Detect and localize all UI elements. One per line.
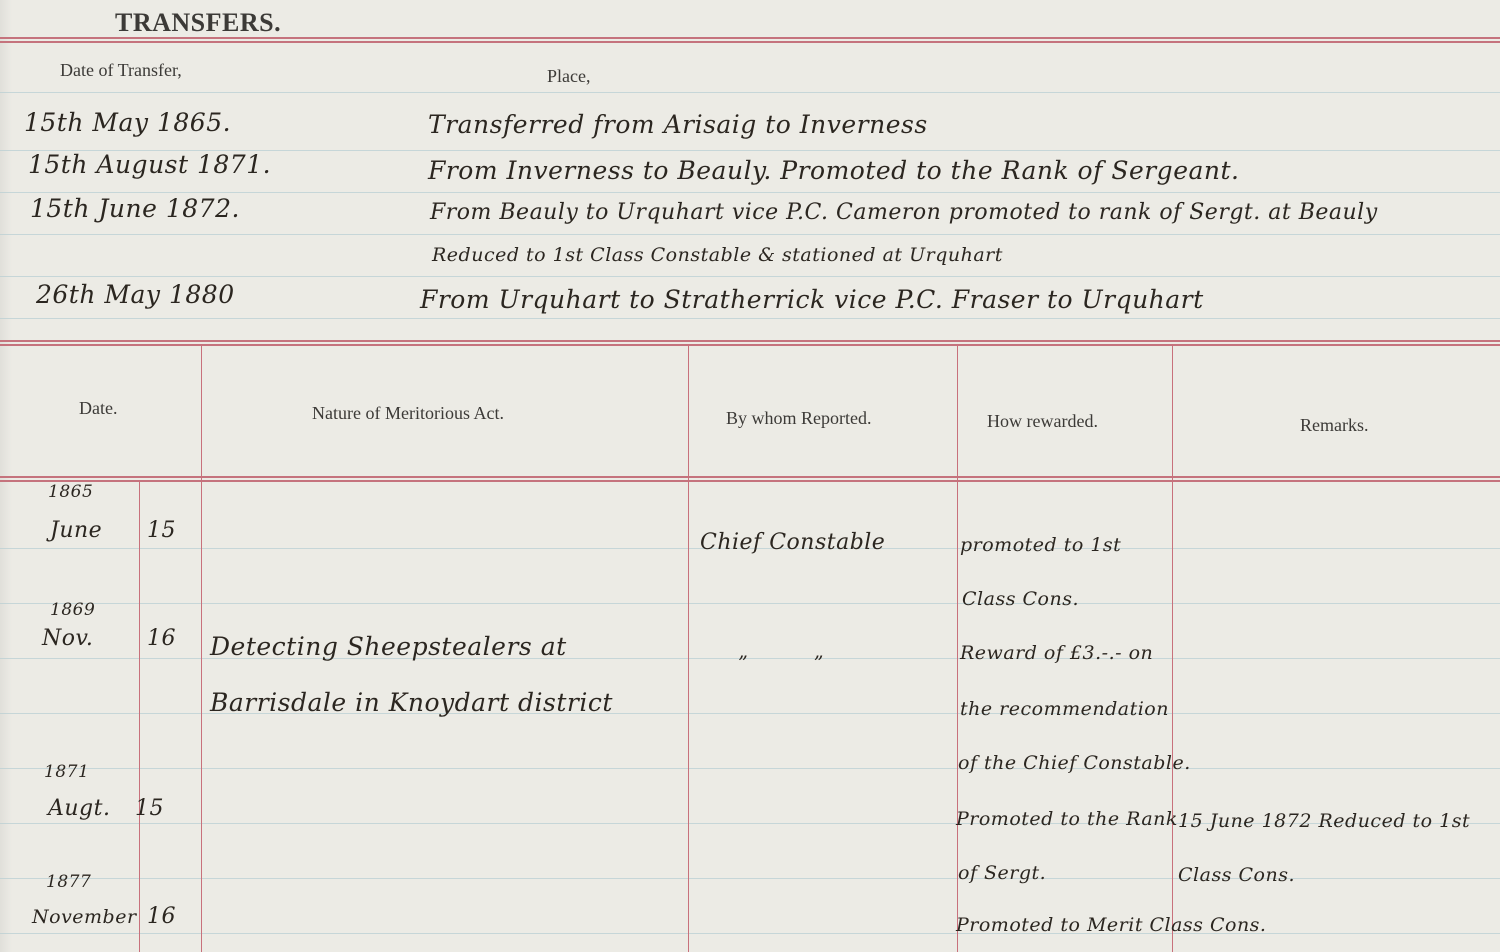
row-year: 1871	[44, 762, 89, 782]
row-day: 15	[135, 796, 164, 821]
row-rewarded-line: Reward of £3.-.- on	[960, 642, 1153, 664]
column-divider	[201, 344, 202, 952]
row-day: 15	[147, 518, 176, 543]
row-month: Nov.	[42, 626, 93, 651]
row-month: November	[32, 906, 137, 928]
row-rewarded-line: promoted to 1st	[960, 534, 1121, 556]
row-year: 1877	[46, 872, 91, 892]
transfer-date: 15th May 1865.	[24, 108, 231, 137]
header-how-rewarded: How rewarded.	[987, 411, 1098, 432]
row-rewarded-line: Promoted to Merit Class Cons.	[956, 914, 1266, 936]
header-date-of-transfer: Date of Transfer,	[60, 60, 182, 81]
red-double-rule	[0, 476, 1500, 482]
header-nature-of-act: Nature of Meritorious Act.	[312, 403, 504, 424]
row-rewarded-line: Promoted to the Rank	[956, 808, 1178, 830]
ruled-line	[0, 92, 1500, 93]
transfer-place: Transferred from Arisaig to Inverness	[428, 110, 928, 139]
row-nature-line: Barrisdale in Knoydart district	[210, 688, 613, 717]
row-month: Augt.	[48, 796, 110, 821]
row-reported-by-ditto: ” ”	[738, 652, 824, 674]
column-divider	[1172, 344, 1173, 952]
ruled-line	[0, 318, 1500, 319]
header-place: Place,	[547, 66, 590, 87]
row-nature-line: Detecting Sheepstealers at	[210, 632, 567, 661]
row-month: June	[50, 518, 102, 543]
row-rewarded-line: the recommendation	[960, 698, 1169, 720]
section-title-transfers: TRANSFERS.	[115, 8, 281, 38]
row-year: 1869	[50, 600, 95, 620]
ruled-line	[0, 603, 1500, 604]
transfer-place: From Urquhart to Stratherrick vice P.C. …	[420, 285, 1204, 314]
row-remarks-line: 15 June 1872 Reduced to 1st	[1178, 810, 1470, 832]
ruled-line	[0, 192, 1500, 193]
transfer-place: Reduced to 1st Class Constable & station…	[432, 244, 1003, 266]
transfer-place: From Inverness to Beauly. Promoted to th…	[428, 156, 1239, 185]
column-divider	[688, 344, 689, 952]
ruled-line	[0, 768, 1500, 769]
red-double-rule	[0, 340, 1500, 346]
row-reported-by: Chief Constable	[700, 530, 885, 555]
ledger-page: TRANSFERS. Date of Transfer, Place, 15th…	[0, 0, 1500, 952]
transfer-date: 15th June 1872.	[30, 194, 240, 223]
transfer-place: From Beauly to Urquhart vice P.C. Camero…	[430, 200, 1378, 225]
transfer-date: 15th August 1871.	[28, 150, 271, 179]
header-reported-by: By whom Reported.	[726, 408, 872, 429]
ruled-line	[0, 276, 1500, 277]
row-day: 16	[147, 904, 176, 929]
transfer-date: 26th May 1880	[36, 280, 235, 309]
column-divider	[957, 344, 958, 952]
column-divider	[139, 480, 140, 952]
ruled-line	[0, 933, 1500, 934]
row-remarks-line: Class Cons.	[1178, 864, 1295, 886]
header-date: Date.	[79, 398, 117, 419]
row-rewarded-line: of the Chief Constable.	[958, 752, 1191, 774]
row-day: 16	[147, 626, 176, 651]
row-rewarded-line: of Sergt.	[958, 862, 1046, 884]
ruled-line	[0, 234, 1500, 235]
row-year: 1865	[48, 482, 93, 502]
header-remarks: Remarks.	[1300, 415, 1368, 436]
row-rewarded-line: Class Cons.	[962, 588, 1079, 610]
